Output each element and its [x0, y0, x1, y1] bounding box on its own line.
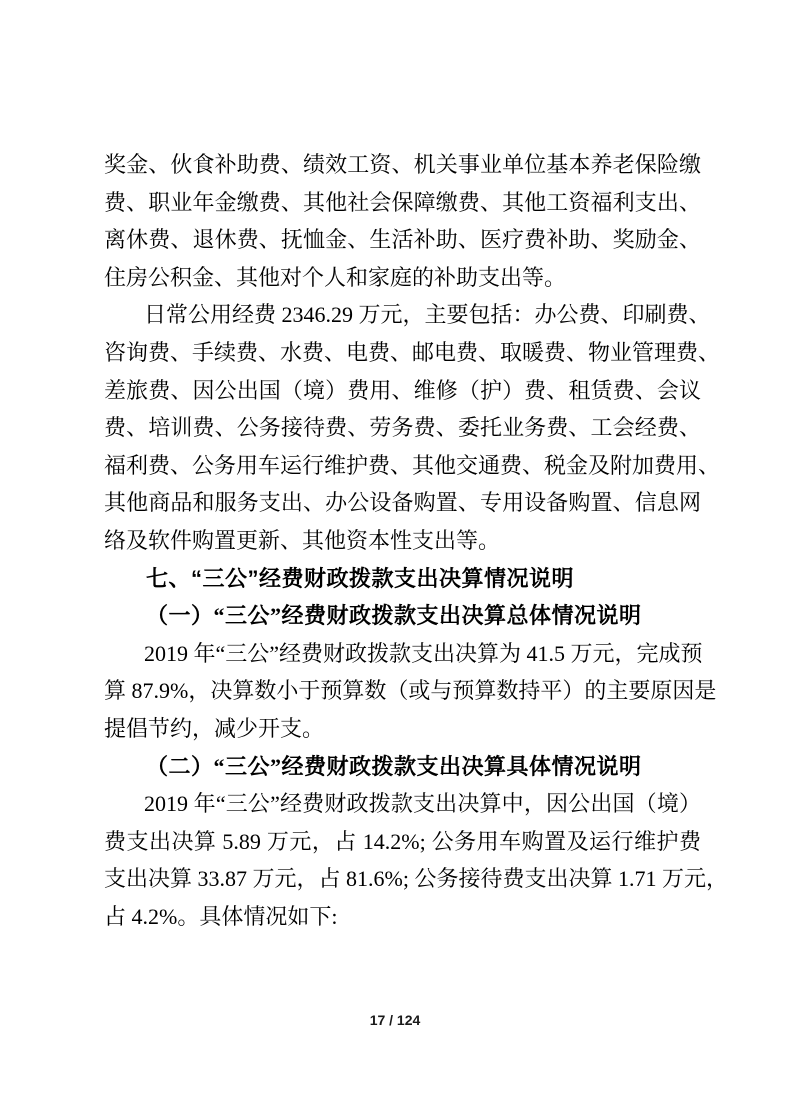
page-number: 17 / 124 [0, 1012, 790, 1028]
text-line: 费、职业年金缴费、其他社会保障缴费、其他工资福利支出、 [104, 184, 701, 222]
text-line: 费、培训费、公务接待费、劳务费、委托业务费、工会经费、 [104, 409, 701, 447]
paragraph: 奖金、伙食补助费、绩效工资、机关事业单位基本养老保险缴费、职业年金缴费、其他社会… [104, 146, 701, 296]
text-line: 费支出决算 5.89 万元，占 14.2%; 公务用车购置及运行维护费 [104, 823, 701, 861]
text-line: 咨询费、手续费、水费、电费、邮电费、取暖费、物业管理费、 [104, 334, 701, 372]
paragraph: 2019 年“三公”经费财政拨款支出决算中，因公出国（境）费支出决算 5.89 … [104, 785, 701, 935]
paragraph: 日常公用经费 2346.29 万元，主要包括：办公费、印刷费、咨询费、手续费、水… [104, 296, 701, 559]
text-line: 算 87.9%，决算数小于预算数（或与预算数持平）的主要原因是 [104, 672, 701, 710]
text-line: 提倡节约，减少开支。 [104, 710, 701, 748]
text-line: 日常公用经费 2346.29 万元，主要包括：办公费、印刷费、 [104, 296, 701, 334]
paragraph: 2019 年“三公”经费财政拨款支出决算为 41.5 万元，完成预算 87.9%… [104, 635, 701, 748]
text-line: 支出决算 33.87 万元，占 81.6%; 公务接待费支出决算 1.71 万元… [104, 860, 701, 898]
section-heading: 七、“三公”经费财政拨款支出决算情况说明 [146, 560, 701, 598]
subsection-heading: （二）“三公”经费财政拨款支出决算具体情况说明 [146, 748, 701, 786]
text-line: 离休费、退休费、抚恤金、生活补助、医疗费补助、奖励金、 [104, 221, 701, 259]
text-line: 住房公积金、其他对个人和家庭的补助支出等。 [104, 259, 701, 297]
text-line: 络及软件购置更新、其他资本性支出等。 [104, 522, 701, 560]
text-line: 其他商品和服务支出、办公设备购置、专用设备购置、信息网 [104, 484, 701, 522]
document-page: 奖金、伙食补助费、绩效工资、机关事业单位基本养老保险缴费、职业年金缴费、其他社会… [0, 0, 790, 1118]
subsection-heading: （一）“三公”经费财政拨款支出决算总体情况说明 [146, 597, 701, 635]
text-line: 差旅费、因公出国（境）费用、维修（护）费、租赁费、会议 [104, 372, 701, 410]
document-content: 奖金、伙食补助费、绩效工资、机关事业单位基本养老保险缴费、职业年金缴费、其他社会… [104, 146, 701, 935]
text-line: 奖金、伙食补助费、绩效工资、机关事业单位基本养老保险缴 [104, 146, 701, 184]
text-line: 2019 年“三公”经费财政拨款支出决算为 41.5 万元，完成预 [104, 635, 701, 673]
text-line: 2019 年“三公”经费财政拨款支出决算中，因公出国（境） [104, 785, 701, 823]
text-line: 占 4.2%。具体情况如下: [104, 898, 701, 936]
text-line: 福利费、公务用车运行维护费、其他交通费、税金及附加费用、 [104, 447, 701, 485]
